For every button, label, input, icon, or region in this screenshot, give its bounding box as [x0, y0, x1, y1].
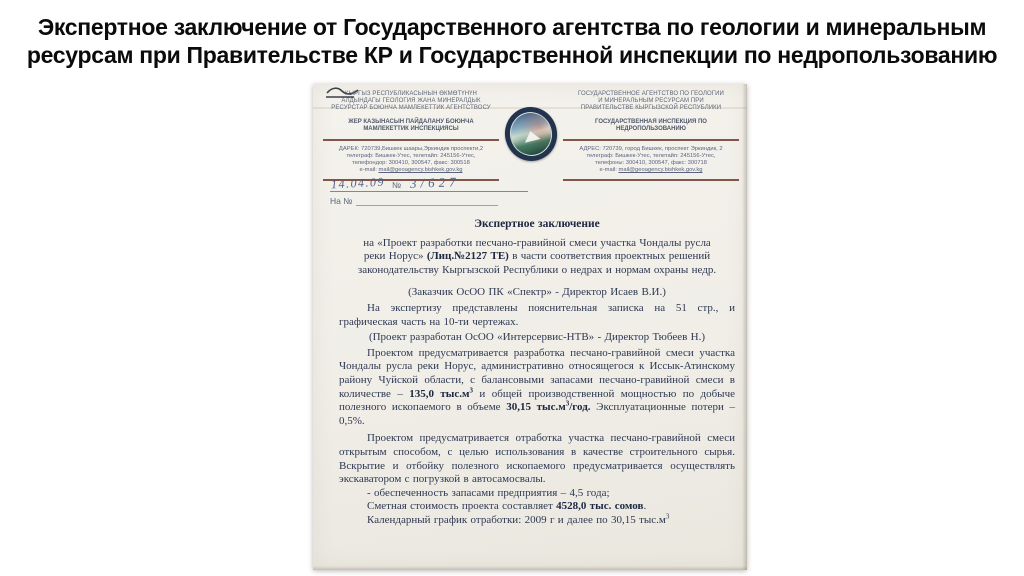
- scanned-document-page: КЫРГЫЗ РЕСПУБЛИКАСЫНЫН ӨКМӨТҮНҮН АЛДЫНДА…: [313, 84, 747, 570]
- agency-name-russian: ГОСУДАРСТВЕННОЕ АГЕНТСТВО ПО ГЕОЛОГИИ И …: [562, 91, 740, 113]
- reserves-duration-line: - обеспеченность запасами предприятия – …: [339, 487, 735, 501]
- subject-line-1: на «Проект разработки песчано-гравийной …: [339, 237, 735, 251]
- address-block-kyrgyz: ДАРЕК: 720739,Бишкек шаары,Эркиндик прос…: [322, 146, 500, 174]
- agency-name-kyrgyz: КЫРГЫЗ РЕСПУБЛИКАСЫНЫН ӨКМӨТҮНҮН АЛДЫНДА…: [322, 91, 500, 113]
- cost-line: Сметная стоимость проекта составляет 452…: [339, 500, 735, 514]
- blank-line: [356, 196, 498, 206]
- document-body: Экспертное заключение на «Проект разрабо…: [339, 218, 735, 527]
- developer-line: (Проект разработан ОсОО «Интерсервис-НТВ…: [339, 331, 735, 345]
- letterhead-right-column: ГОСУДАРСТВЕННОЕ АГЕНТСТВО ПО ГЕОЛОГИИ И …: [562, 91, 740, 186]
- state-emblem-seal: [499, 102, 563, 167]
- inspection-name-kyrgyz: ЖЕР КАЗЫНАСЫН ПАЙДАЛАНУ БОЮНЧА МАМЛЕКЕТТ…: [322, 119, 500, 133]
- slide-title: Экспертное заключение от Государственног…: [0, 14, 1024, 69]
- reply-to-row: На №: [330, 196, 545, 206]
- reply-to-label: На №: [330, 196, 352, 206]
- capacity-value: 30,15 тыс.м3/год.: [506, 401, 590, 413]
- emblem-container: [500, 91, 562, 161]
- reserves-value: 135,0 тыс.м3: [409, 388, 473, 400]
- email-address: mail@geoagency.bishkek.gov.kg: [619, 167, 703, 173]
- number-sign: №: [392, 180, 401, 190]
- email-address: mail@geoagency.bishkek.gov.kg: [379, 167, 463, 173]
- mining-method-paragraph: Проектом предусматривается отработка уча…: [339, 432, 735, 486]
- license-number: (Лиц.№2127 ТЕ): [427, 250, 509, 262]
- cost-value: 4528,0 тыс. сомов: [556, 500, 643, 512]
- document-heading: Экспертное заключение: [339, 218, 735, 232]
- slide-title-line-1: Экспертное заключение от Государственног…: [0, 14, 1024, 42]
- handwritten-date: 14.04.09: [331, 175, 386, 193]
- divider-rule: [563, 139, 739, 141]
- presentation-slide: Экспертное заключение от Государственног…: [0, 0, 1024, 576]
- subject-line-2: реки Норус» (Лиц.№2127 ТЕ) в части соотв…: [339, 250, 735, 264]
- subject-line-3: законодательству Кыргызской Республики о…: [339, 264, 735, 278]
- date-number-row: 14.04.09 № 3/627: [330, 175, 528, 192]
- email-line: e-mail: mail@geoagency.bishkek.gov.kg: [562, 167, 740, 174]
- email-line: e-mail: mail@geoagency.bishkek.gov.kg: [322, 167, 500, 174]
- letterhead: КЫРГЫЗ РЕСПУБЛИКАСЫНЫН ӨКМӨТҮНҮН АЛДЫНДА…: [322, 91, 740, 186]
- handwritten-number: 3/627: [410, 174, 460, 192]
- customer-line: (Заказчик ОсОО ПК «Спектр» - Директор Ис…: [339, 286, 735, 300]
- slide-title-line-2: ресурсам при Правительстве КР и Государс…: [0, 42, 1024, 70]
- schedule-line: Календарный график отработки: 2009 г и д…: [339, 514, 735, 528]
- inspection-name-russian: ГОСУДАРСТВЕННАЯ ИНСПЕКЦИЯ ПО НЕДРОПОЛЬЗО…: [562, 119, 740, 133]
- expertise-paragraph: На экспертизу представлены пояснительная…: [339, 302, 735, 329]
- reference-block: 14.04.09 № 3/627 На №: [330, 175, 545, 206]
- divider-rule: [323, 139, 499, 141]
- address-block-russian: АДРЕС: 720739, город Бишкек, проспект Эр…: [562, 146, 740, 174]
- project-description-paragraph: Проектом предусматривается разработка пе…: [339, 347, 735, 429]
- letterhead-left-column: КЫРГЫЗ РЕСПУБЛИКАСЫНЫН ӨКМӨТҮНҮН АЛДЫНДА…: [322, 91, 500, 186]
- divider-rule: [563, 179, 739, 181]
